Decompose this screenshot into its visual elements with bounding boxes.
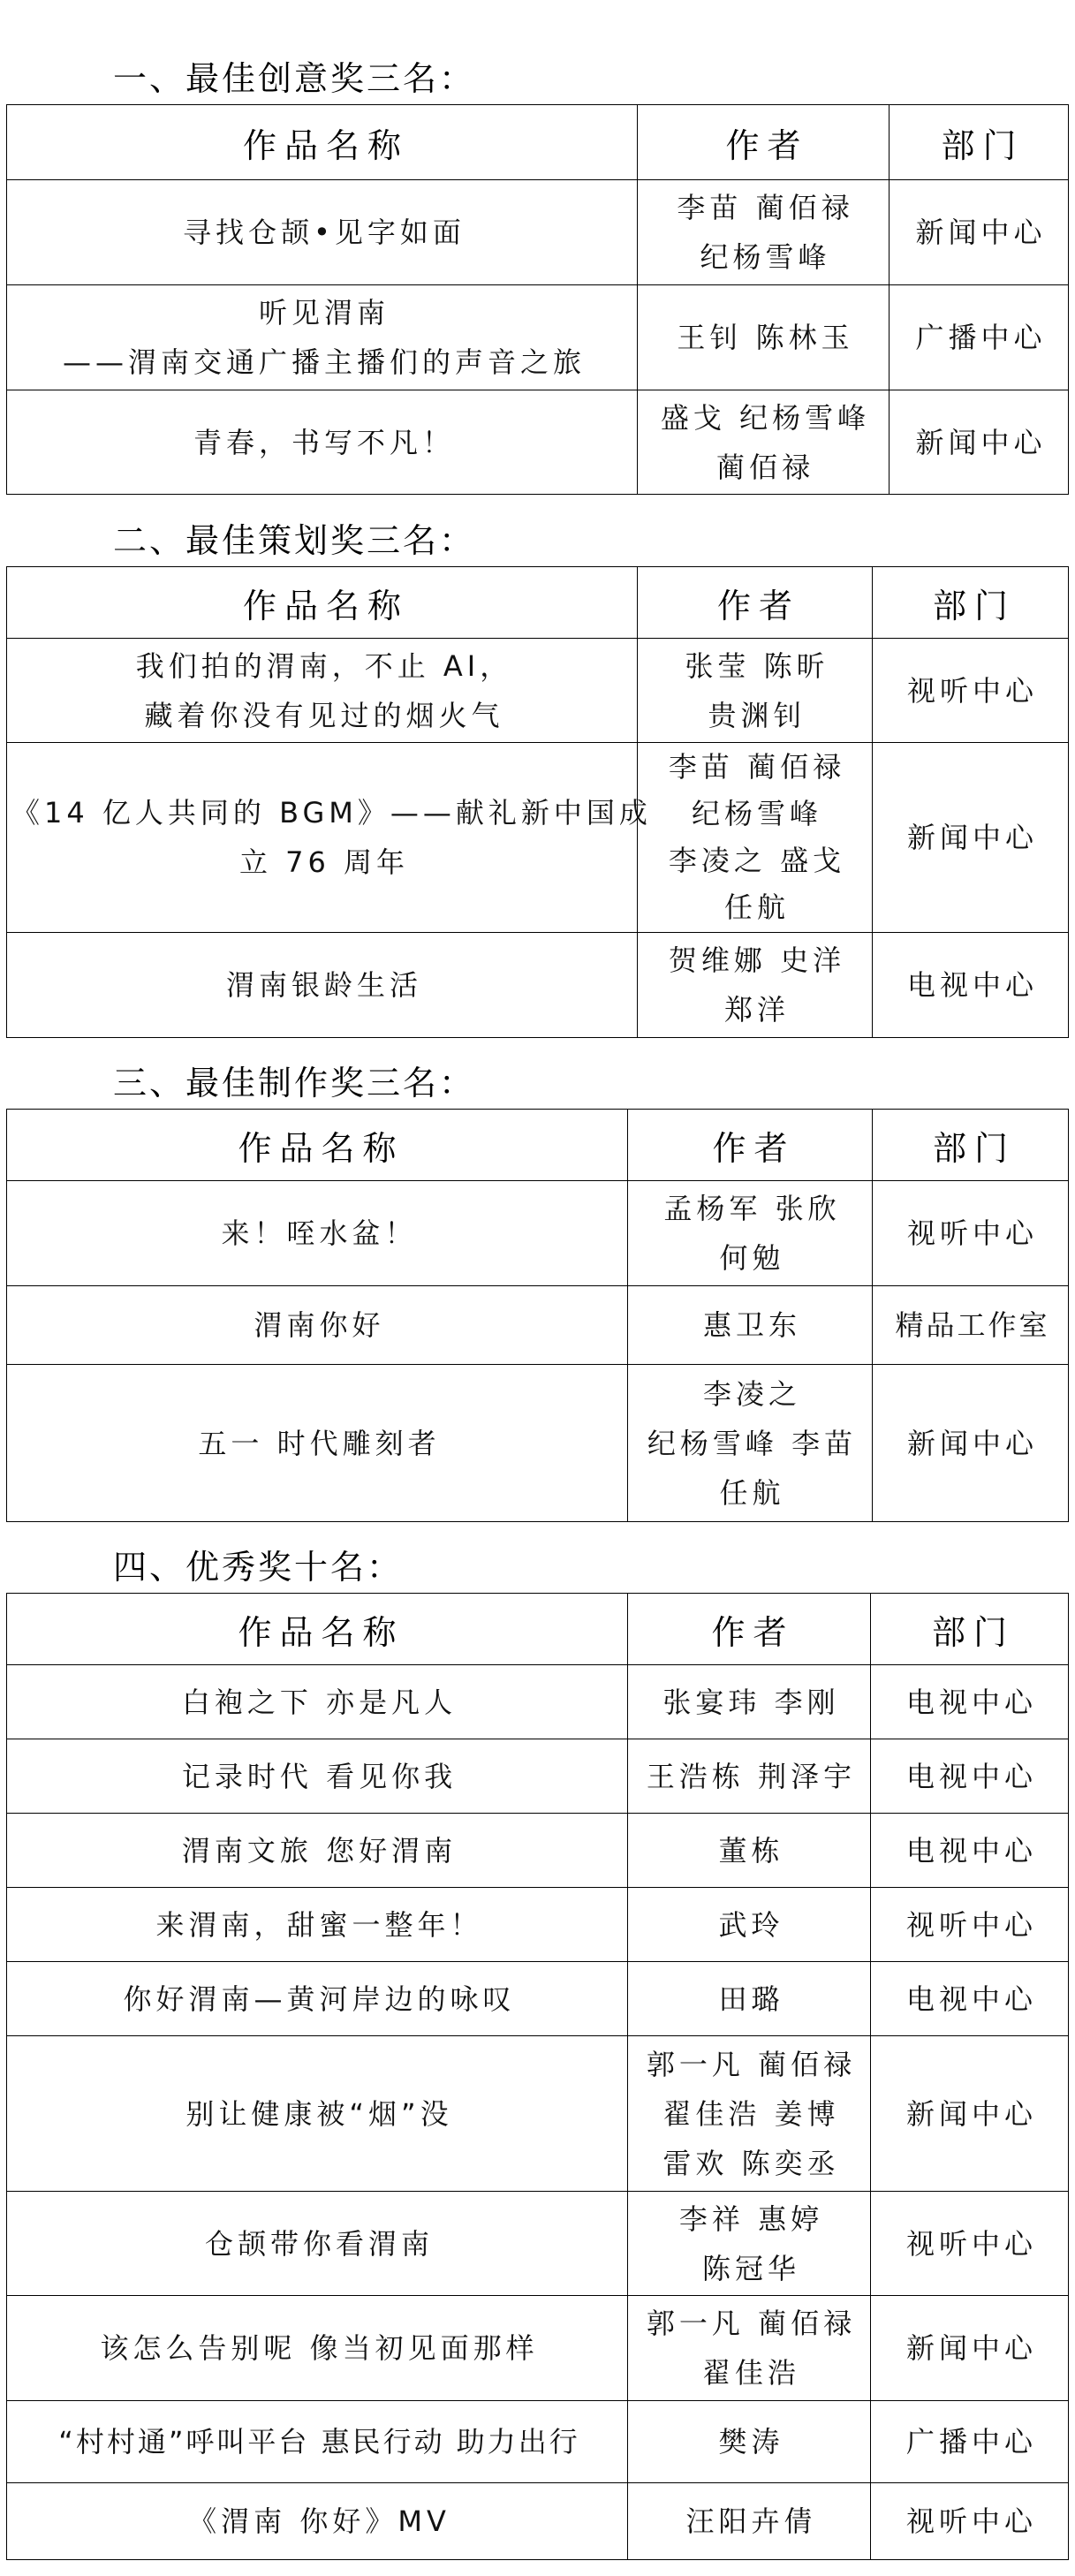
work-title-line: 仓颉带你看渭南 <box>7 2219 627 2269</box>
column-header-department: 部门 <box>871 1594 1069 1665</box>
column-header-label: 作品名称 <box>235 587 409 625</box>
author-line: 樊涛 <box>628 2417 870 2466</box>
work-title-line: 白袍之下 亦是凡人 <box>7 1678 627 1727</box>
department-label: 电视中心 <box>871 1678 1068 1727</box>
work-title-cell: 寻找仓颉•见字如面 <box>7 180 638 285</box>
department-cell: 新闻中心 <box>873 1365 1069 1522</box>
author-cell: 武玲 <box>628 1888 871 1962</box>
department-cell: 新闻中心 <box>871 2036 1069 2192</box>
column-header-label: 部门 <box>924 1613 1015 1652</box>
table-row: “村村通”呼叫平台 惠民行动 助力出行 樊涛 广播中心 <box>7 2401 1069 2483</box>
section-heading-best-creativity: 一、最佳创意奖三名： <box>113 53 475 104</box>
column-header-department: 部门 <box>873 567 1069 639</box>
table-row: 白袍之下 亦是凡人 张宴玮 李刚 电视中心 <box>7 1665 1069 1739</box>
department-cell: 视听中心 <box>873 639 1069 743</box>
table-row: 别让健康被“烟”没 郭一凡 蔺佰禄 翟佳浩 姜博 雷欢 陈奕丞 新闻中心 <box>7 2036 1069 2192</box>
author-line: 陈冠华 <box>628 2244 870 2293</box>
work-title-line: 五一 时代雕刻者 <box>7 1419 627 1468</box>
department-label: 视听中心 <box>871 1900 1068 1950</box>
work-title-cell: 记录时代 看见你我 <box>7 1739 628 1814</box>
work-title-cell: “村村通”呼叫平台 惠民行动 助力出行 <box>7 2401 628 2483</box>
column-header-department: 部门 <box>890 105 1069 180</box>
author-cell: 贺维娜 史洋 郑洋 <box>638 933 873 1038</box>
award-table-best-creativity: 作品名称 作者 部门 寻找仓颉•见字如面 李苗 蔺佰禄 纪杨雪峰 新闻中心 听见… <box>6 104 1069 495</box>
column-header-label: 作者 <box>709 587 800 625</box>
section-heading-excellence: 四、优秀奖十名： <box>113 1542 403 1593</box>
author-cell: 李苗 蔺佰禄 纪杨雪峰 <box>638 180 890 285</box>
department-label: 新闻中心 <box>873 813 1068 862</box>
work-title-line: 寻找仓颉•见字如面 <box>7 208 637 257</box>
department-label: 新闻中心 <box>873 1419 1068 1468</box>
author-cell: 惠卫东 <box>628 1286 873 1365</box>
work-title-line: “村村通”呼叫平台 惠民行动 助力出行 <box>7 2417 627 2466</box>
author-line: 贵渊钊 <box>638 691 872 740</box>
department-cell: 新闻中心 <box>890 390 1069 495</box>
department-label: 电视中心 <box>871 1974 1068 2024</box>
column-header-authors: 作者 <box>638 105 890 180</box>
department-cell: 精品工作室 <box>873 1286 1069 1365</box>
department-cell: 广播中心 <box>890 285 1069 390</box>
author-cell: 董栋 <box>628 1814 871 1888</box>
work-title-cell: 别让健康被“烟”没 <box>7 2036 628 2192</box>
author-line: 郭一凡 蔺佰禄 <box>628 2040 870 2089</box>
work-title-cell: 你好渭南—黄河岸边的咏叹 <box>7 1962 628 2036</box>
table-row: 《渭南 你好》MV 汪阳卉倩 视听中心 <box>7 2483 1069 2560</box>
department-label: 视听中心 <box>871 2496 1068 2546</box>
work-title-line: 渭南文旅 您好渭南 <box>7 1826 627 1875</box>
work-title-cell: 《14 亿人共同的 BGM》——献礼新中国成 立 76 周年 <box>7 743 638 933</box>
author-line: 张宴玮 李刚 <box>628 1678 870 1727</box>
table-row: 来渭南，甜蜜一整年！ 武玲 视听中心 <box>7 1888 1069 1962</box>
author-cell: 田璐 <box>628 1962 871 2036</box>
department-label: 电视中心 <box>871 1826 1068 1875</box>
work-title-cell: 来渭南，甜蜜一整年！ <box>7 1888 628 1962</box>
author-cell: 樊涛 <box>628 2401 871 2483</box>
work-title-line: 听见渭南 <box>7 288 637 337</box>
author-line: 纪杨雪峰 <box>638 232 889 282</box>
department-cell: 视听中心 <box>871 2483 1069 2560</box>
column-header-label: 作品名称 <box>230 1129 404 1168</box>
author-line: 孟杨军 张欣 <box>628 1184 872 1233</box>
author-line: 王钊 陈林玉 <box>638 313 889 362</box>
author-line: 任航 <box>638 884 872 931</box>
department-label: 广播中心 <box>871 2417 1068 2466</box>
table-row: 青春，书写不凡！ 盛戈 纪杨雪峰 蔺佰禄 新闻中心 <box>7 390 1069 495</box>
work-title-line: 来渭南，甜蜜一整年！ <box>7 1900 627 1950</box>
author-line: 王浩栋 荆泽宇 <box>628 1752 870 1801</box>
author-line: 李苗 蔺佰禄 <box>638 744 872 791</box>
work-title-line: 我们拍的渭南，不止 AI， <box>7 641 637 691</box>
column-header-title: 作品名称 <box>7 1594 628 1665</box>
department-cell: 电视中心 <box>871 1739 1069 1814</box>
work-title-line: 藏着你没有见过的烟火气 <box>7 691 637 740</box>
author-line: 张莹 陈昕 <box>638 641 872 691</box>
table-header-row: 作品名称 作者 部门 <box>7 567 1069 639</box>
author-line: 郑洋 <box>638 985 872 1034</box>
author-cell: 张宴玮 李刚 <box>628 1665 871 1739</box>
table-row: 记录时代 看见你我 王浩栋 荆泽宇 电视中心 <box>7 1739 1069 1814</box>
author-line: 何勉 <box>628 1233 872 1283</box>
work-title-cell: 该怎么告别呢 像当初见面那样 <box>7 2296 628 2401</box>
work-title-line: 别让健康被“烟”没 <box>7 2089 627 2139</box>
author-cell: 王浩栋 荆泽宇 <box>628 1739 871 1814</box>
column-header-title: 作品名称 <box>7 1110 628 1181</box>
work-title-line: 立 76 周年 <box>7 837 637 887</box>
column-header-label: 作者 <box>704 1129 795 1168</box>
column-header-title: 作品名称 <box>7 567 638 639</box>
section-heading-best-planning: 二、最佳策划奖三名： <box>113 515 475 566</box>
award-table-best-production: 作品名称 作者 部门 来！咥水盆！ 孟杨军 张欣 何勉 视听中心 渭南你好 惠卫… <box>6 1109 1069 1522</box>
table-row: 《14 亿人共同的 BGM》——献礼新中国成 立 76 周年 李苗 蔺佰禄 纪杨… <box>7 743 1069 933</box>
department-label: 视听中心 <box>871 2219 1068 2269</box>
table-row: 渭南文旅 您好渭南 董栋 电视中心 <box>7 1814 1069 1888</box>
department-label: 新闻中心 <box>890 208 1068 257</box>
author-line: 纪杨雪峰 李苗 <box>628 1419 872 1468</box>
table-row: 我们拍的渭南，不止 AI， 藏着你没有见过的烟火气 张莹 陈昕 贵渊钊 视听中心 <box>7 639 1069 743</box>
column-header-title: 作品名称 <box>7 105 638 180</box>
department-cell: 电视中心 <box>871 1665 1069 1739</box>
award-table-excellence: 作品名称 作者 部门 白袍之下 亦是凡人 张宴玮 李刚 电视中心 记录时代 看见… <box>6 1593 1069 2560</box>
author-line: 纪杨雪峰 <box>638 791 872 837</box>
table-row: 渭南银龄生活 贺维娜 史洋 郑洋 电视中心 <box>7 933 1069 1038</box>
work-title-line: 记录时代 看见你我 <box>7 1752 627 1801</box>
department-cell: 电视中心 <box>871 1962 1069 2036</box>
author-cell: 王钊 陈林玉 <box>638 285 890 390</box>
author-cell: 李苗 蔺佰禄 纪杨雪峰 李凌之 盛戈 任航 <box>638 743 873 933</box>
department-cell: 电视中心 <box>871 1814 1069 1888</box>
author-line: 翟佳浩 <box>628 2348 870 2398</box>
department-cell: 视听中心 <box>871 1888 1069 1962</box>
work-title-line: 青春，书写不凡！ <box>7 418 637 467</box>
author-line: 汪阳卉倩 <box>628 2496 870 2546</box>
author-line: 田璐 <box>628 1974 870 2024</box>
department-label: 广播中心 <box>890 313 1068 362</box>
table-row: 五一 时代雕刻者 李凌之 纪杨雪峰 李苗 任航 新闻中心 <box>7 1365 1069 1522</box>
department-cell: 视听中心 <box>873 1181 1069 1286</box>
department-label: 新闻中心 <box>871 2089 1068 2139</box>
work-title-cell: 渭南你好 <box>7 1286 628 1365</box>
column-header-authors: 作者 <box>628 1594 871 1665</box>
work-title-line: 来！咥水盆！ <box>7 1208 627 1258</box>
column-header-label: 作者 <box>717 126 808 165</box>
author-line: 郭一凡 蔺佰禄 <box>628 2299 870 2348</box>
work-title-cell: 《渭南 你好》MV <box>7 2483 628 2560</box>
table-row: 渭南你好 惠卫东 精品工作室 <box>7 1286 1069 1365</box>
work-title-cell: 我们拍的渭南，不止 AI， 藏着你没有见过的烟火气 <box>7 639 638 743</box>
department-label: 电视中心 <box>873 960 1068 1010</box>
work-title-line: 你好渭南—黄河岸边的咏叹 <box>7 1974 627 2024</box>
work-title-line: 渭南银龄生活 <box>7 960 637 1010</box>
author-cell: 孟杨军 张欣 何勉 <box>628 1181 873 1286</box>
author-line: 翟佳浩 姜博 <box>628 2089 870 2139</box>
work-title-cell: 五一 时代雕刻者 <box>7 1365 628 1522</box>
work-title-cell: 听见渭南 ——渭南交通广播主播们的声音之旅 <box>7 285 638 390</box>
author-cell: 李凌之 纪杨雪峰 李苗 任航 <box>628 1365 873 1522</box>
column-header-label: 作品名称 <box>230 1613 404 1652</box>
author-line: 李苗 蔺佰禄 <box>638 183 889 232</box>
table-row: 仓颉带你看渭南 李祥 惠婷 陈冠华 视听中心 <box>7 2192 1069 2296</box>
author-cell: 郭一凡 蔺佰禄 翟佳浩 <box>628 2296 871 2401</box>
table-row: 你好渭南—黄河岸边的咏叹 田璐 电视中心 <box>7 1962 1069 2036</box>
work-title-cell: 来！咥水盆！ <box>7 1181 628 1286</box>
author-cell: 汪阳卉倩 <box>628 2483 871 2560</box>
table-header-row: 作品名称 作者 部门 <box>7 105 1069 180</box>
column-header-authors: 作者 <box>638 567 873 639</box>
department-label: 精品工作室 <box>873 1300 1068 1350</box>
department-cell: 新闻中心 <box>871 2296 1069 2401</box>
department-label: 电视中心 <box>871 1752 1068 1801</box>
column-header-label: 作品名称 <box>235 126 409 165</box>
column-header-department: 部门 <box>873 1110 1069 1181</box>
department-cell: 广播中心 <box>871 2401 1069 2483</box>
column-header-label: 部门 <box>933 126 1024 165</box>
author-line: 董栋 <box>628 1826 870 1875</box>
department-cell: 电视中心 <box>873 933 1069 1038</box>
award-table-best-planning: 作品名称 作者 部门 我们拍的渭南，不止 AI， 藏着你没有见过的烟火气 张莹 … <box>6 566 1069 1038</box>
table-row: 来！咥水盆！ 孟杨军 张欣 何勉 视听中心 <box>7 1181 1069 1286</box>
table-row: 该怎么告别呢 像当初见面那样 郭一凡 蔺佰禄 翟佳浩 新闻中心 <box>7 2296 1069 2401</box>
author-cell: 盛戈 纪杨雪峰 蔺佰禄 <box>638 390 890 495</box>
author-cell: 李祥 惠婷 陈冠华 <box>628 2192 871 2296</box>
author-line: 盛戈 纪杨雪峰 <box>638 393 889 443</box>
column-header-authors: 作者 <box>628 1110 873 1181</box>
work-title-line: 该怎么告别呢 像当初见面那样 <box>7 2323 627 2373</box>
author-line: 蔺佰禄 <box>638 443 889 492</box>
column-header-label: 作者 <box>703 1613 794 1652</box>
department-label: 新闻中心 <box>871 2323 1068 2373</box>
work-title-line: 《渭南 你好》MV <box>7 2496 627 2546</box>
author-line: 雷欢 陈奕丞 <box>628 2139 870 2188</box>
work-title-line: 渭南你好 <box>7 1300 627 1350</box>
table-header-row: 作品名称 作者 部门 <box>7 1594 1069 1665</box>
author-line: 武玲 <box>628 1900 870 1950</box>
table-row: 寻找仓颉•见字如面 李苗 蔺佰禄 纪杨雪峰 新闻中心 <box>7 180 1069 285</box>
work-title-line: ——渭南交通广播主播们的声音之旅 <box>7 337 637 387</box>
author-line: 惠卫东 <box>628 1300 872 1350</box>
author-cell: 郭一凡 蔺佰禄 翟佳浩 姜博 雷欢 陈奕丞 <box>628 2036 871 2192</box>
author-line: 贺维娜 史洋 <box>638 936 872 985</box>
author-line: 李凌之 盛戈 <box>638 837 872 884</box>
work-title-cell: 渭南文旅 您好渭南 <box>7 1814 628 1888</box>
work-title-line: 《14 亿人共同的 BGM》——献礼新中国成 <box>7 788 637 837</box>
department-cell: 视听中心 <box>871 2192 1069 2296</box>
department-label: 新闻中心 <box>890 418 1068 467</box>
column-header-label: 部门 <box>925 587 1016 625</box>
work-title-cell: 渭南银龄生活 <box>7 933 638 1038</box>
author-line: 李祥 惠婷 <box>628 2194 870 2244</box>
department-cell: 新闻中心 <box>890 180 1069 285</box>
department-label: 视听中心 <box>873 666 1068 716</box>
department-label: 视听中心 <box>873 1208 1068 1258</box>
work-title-cell: 白袍之下 亦是凡人 <box>7 1665 628 1739</box>
author-line: 任航 <box>628 1468 872 1518</box>
column-header-label: 部门 <box>925 1129 1016 1168</box>
author-line: 李凌之 <box>628 1369 872 1419</box>
section-heading-best-production: 三、最佳制作奖三名： <box>113 1057 475 1109</box>
author-cell: 张莹 陈昕 贵渊钊 <box>638 639 873 743</box>
work-title-cell: 青春，书写不凡！ <box>7 390 638 495</box>
table-header-row: 作品名称 作者 部门 <box>7 1110 1069 1181</box>
department-cell: 新闻中心 <box>873 743 1069 933</box>
work-title-cell: 仓颉带你看渭南 <box>7 2192 628 2296</box>
table-row: 听见渭南 ——渭南交通广播主播们的声音之旅 王钊 陈林玉 广播中心 <box>7 285 1069 390</box>
